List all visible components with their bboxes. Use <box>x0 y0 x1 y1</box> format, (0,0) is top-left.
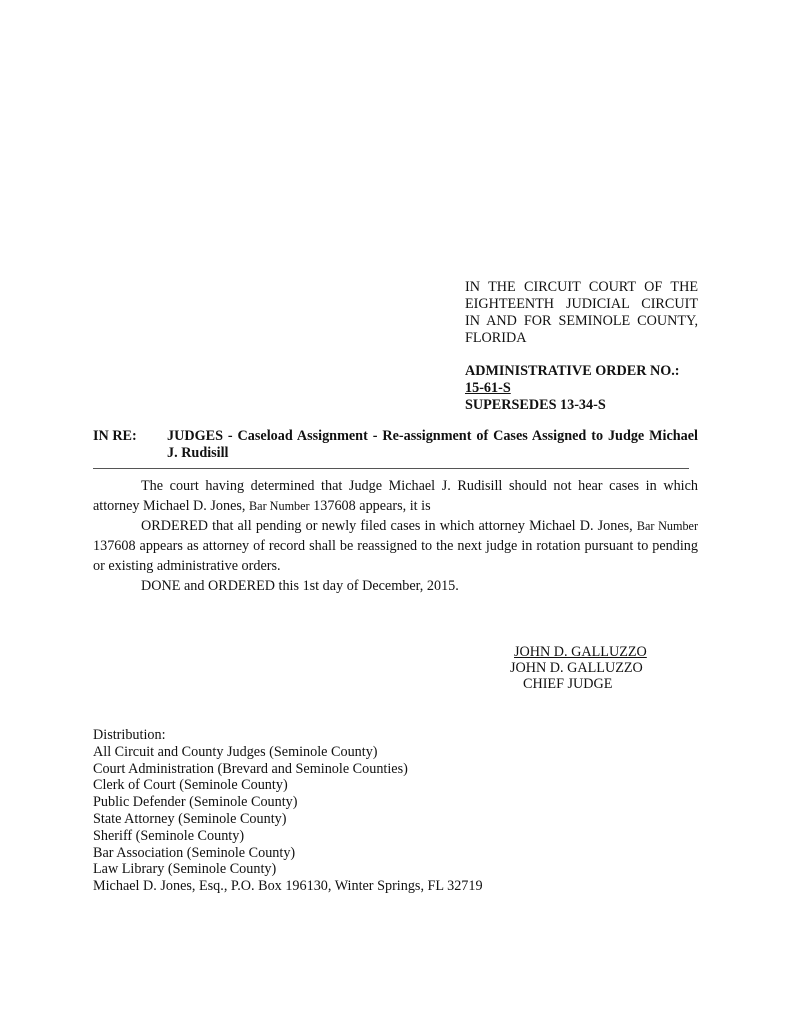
supersedes: SUPERSEDES 13-34-S <box>465 397 680 414</box>
bar-number-label: Bar Number <box>249 499 310 513</box>
recipient: Clerk of Court (Seminole County) <box>93 777 483 794</box>
order-number: 15-61-S <box>465 380 511 396</box>
divider <box>93 468 689 469</box>
caption-line: EIGHTEENTH JUDICIAL CIRCUIT <box>465 296 698 313</box>
recipient: Court Administration (Brevard and Semino… <box>93 761 483 778</box>
paragraph-2-line-3: or existing administrative orders. <box>93 556 698 576</box>
paragraph-3: DONE and ORDERED this 1st day of Decembe… <box>93 576 698 596</box>
caption-line: FLORIDA <box>465 330 698 347</box>
text: attorney Michael D. Jones, <box>93 498 249 514</box>
recipient: Sheriff (Seminole County) <box>93 828 483 845</box>
caption-line: IN AND FOR SEMINOLE COUNTY, <box>465 313 698 330</box>
in-re-subject-line2: J. Rudisill <box>167 445 229 462</box>
bar-number-label: Bar Number <box>637 519 698 533</box>
signed-name: JOHN D. GALLUZZO <box>510 644 647 660</box>
in-re-label: IN RE: <box>93 428 137 445</box>
recipient: Michael D. Jones, Esq., P.O. Box 196130,… <box>93 878 483 895</box>
recipient: Law Library (Seminole County) <box>93 861 483 878</box>
order-header: ADMINISTRATIVE ORDER NO.: 15-61-S SUPERS… <box>465 363 680 414</box>
distribution-heading: Distribution: <box>93 727 483 744</box>
order-body: The court having determined that Judge M… <box>93 476 698 596</box>
in-re-subject-line1: JUDGES - Caseload Assignment - Re-assign… <box>167 428 698 445</box>
court-caption: IN THE CIRCUIT COURT OF THE EIGHTEENTH J… <box>465 279 698 347</box>
text: 137608 appears, it is <box>310 498 431 514</box>
printed-name: JOHN D. GALLUZZO <box>510 660 647 676</box>
order-title: ADMINISTRATIVE ORDER NO.: <box>465 363 680 380</box>
recipient: State Attorney (Seminole County) <box>93 811 483 828</box>
paragraph-2-line-1: ORDERED that all pending or newly filed … <box>93 516 698 536</box>
recipient: Public Defender (Seminole County) <box>93 794 483 811</box>
signature-block: JOHN D. GALLUZZO JOHN D. GALLUZZO CHIEF … <box>510 644 647 692</box>
paragraph-1-line-2: attorney Michael D. Jones, Bar Number 13… <box>93 496 698 516</box>
paragraph-1-line-1: The court having determined that Judge M… <box>93 476 698 496</box>
text: ORDERED that all pending or newly filed … <box>141 518 637 534</box>
paragraph-2-line-2: 137608 appears as attorney of record sha… <box>93 536 698 556</box>
recipient: Bar Association (Seminole County) <box>93 845 483 862</box>
recipient: All Circuit and County Judges (Seminole … <box>93 744 483 761</box>
judge-title: CHIEF JUDGE <box>510 676 647 692</box>
distribution-list: Distribution: All Circuit and County Jud… <box>93 727 483 895</box>
caption-line: IN THE CIRCUIT COURT OF THE <box>465 279 698 296</box>
